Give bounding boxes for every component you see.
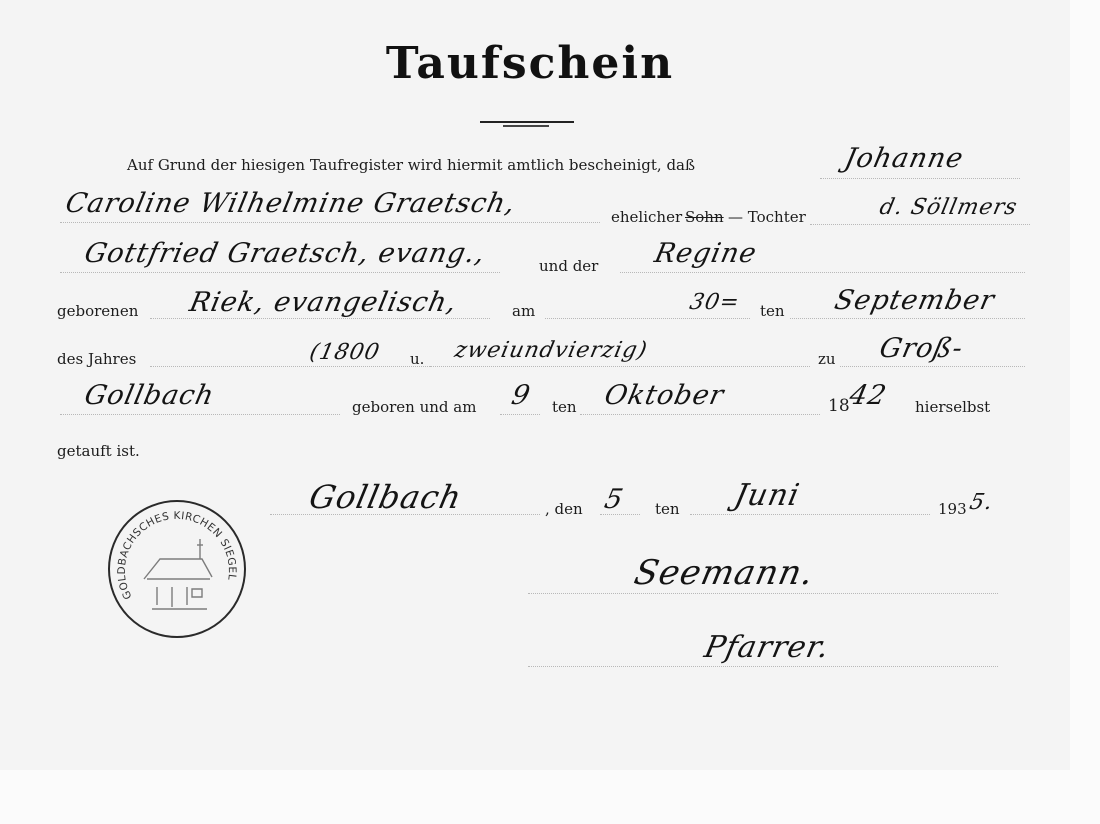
birth-year-digits: (1800 xyxy=(307,340,382,365)
issue-day: 5 xyxy=(602,484,627,515)
baptism-month: Oktober xyxy=(602,380,727,411)
dotted-line xyxy=(60,272,500,273)
ten-label: ten xyxy=(552,398,577,416)
svg-text:GOLDBACHSCHES KIRCHEN SIEGEL: GOLDBACHSCHES KIRCHEN SIEGEL xyxy=(116,510,238,601)
dotted-line xyxy=(840,366,1025,367)
sohn-struck-label: Sohn xyxy=(685,208,724,226)
geboren-und-am-label: geboren und am xyxy=(352,398,476,416)
child-first-name: Johanne xyxy=(842,143,967,174)
issue-month: Juni xyxy=(731,478,803,513)
birth-year-words: zweiundvierzig) xyxy=(452,338,650,363)
dotted-line xyxy=(60,414,340,415)
dotted-line xyxy=(545,318,750,319)
seal-text: GOLDBACHSCHES KIRCHEN SIEGEL xyxy=(116,510,238,601)
signature-line xyxy=(528,593,998,594)
birth-month: September xyxy=(832,285,998,316)
am-label: am xyxy=(512,302,535,320)
signature-title: Pfarrer. xyxy=(701,630,833,665)
dotted-line xyxy=(150,318,490,319)
dotted-line xyxy=(430,366,810,367)
ten-label: ten xyxy=(760,302,785,320)
baptism-year-suffix: 42 xyxy=(847,380,890,411)
birthplace-part2: Gollbach xyxy=(82,380,218,411)
intro-text: Auf Grund der hiesigen Taufregister wird… xyxy=(127,156,695,174)
dotted-line xyxy=(60,222,600,223)
dotted-line xyxy=(690,514,930,515)
dotted-line xyxy=(820,178,1020,179)
issue-place: Gollbach xyxy=(306,478,465,516)
und-der-label: und der xyxy=(539,257,598,275)
dotted-line xyxy=(500,414,540,415)
dotted-line xyxy=(620,272,1025,273)
title-divider-short xyxy=(503,125,549,127)
year-prefix: 18 xyxy=(828,396,850,416)
des-jahres-label: des Jahres xyxy=(57,350,136,368)
dotted-line xyxy=(810,224,1030,225)
certificate-paper: Taufschein Auf Grund der hiesigen Taufre… xyxy=(0,0,1070,770)
dotted-line xyxy=(790,318,1025,319)
child-given-names: Caroline Wilhelmine Graetsch, xyxy=(63,188,519,219)
document-title: Taufschein xyxy=(380,38,680,89)
birthplace-part1: Groß- xyxy=(877,333,966,364)
father-name: Gottfried Graetsch, evang., xyxy=(82,238,489,269)
church-seal-icon: GOLDBACHSCHES KIRCHEN SIEGEL xyxy=(102,497,252,642)
issue-year-suffix: 5. xyxy=(967,490,995,515)
hierselbst-label: hierselbst xyxy=(915,398,990,416)
father-occupation: d. Söllmers xyxy=(877,195,1019,220)
title-divider xyxy=(480,121,574,123)
mother-first-name: Regine xyxy=(652,238,760,269)
signature-name: Seemann. xyxy=(631,553,818,593)
mother-maiden-name: Riek, evangelisch, xyxy=(187,287,460,318)
dotted-line xyxy=(580,414,820,415)
zu-label: zu xyxy=(818,350,836,368)
ten-label: ten xyxy=(655,500,680,518)
signature-title-line xyxy=(528,666,998,667)
tochter-label: — Tochter xyxy=(728,208,806,226)
den-label: , den xyxy=(545,500,583,518)
year-prefix: 193 xyxy=(938,500,967,518)
birth-day: 30= xyxy=(687,290,742,315)
getauft-ist-label: getauft ist. xyxy=(57,442,140,460)
u-label: u. xyxy=(410,350,424,368)
geborenen-label: geborenen xyxy=(57,302,138,320)
ehelicher-label: ehelicher xyxy=(611,208,682,226)
baptism-day: 9 xyxy=(509,380,534,411)
